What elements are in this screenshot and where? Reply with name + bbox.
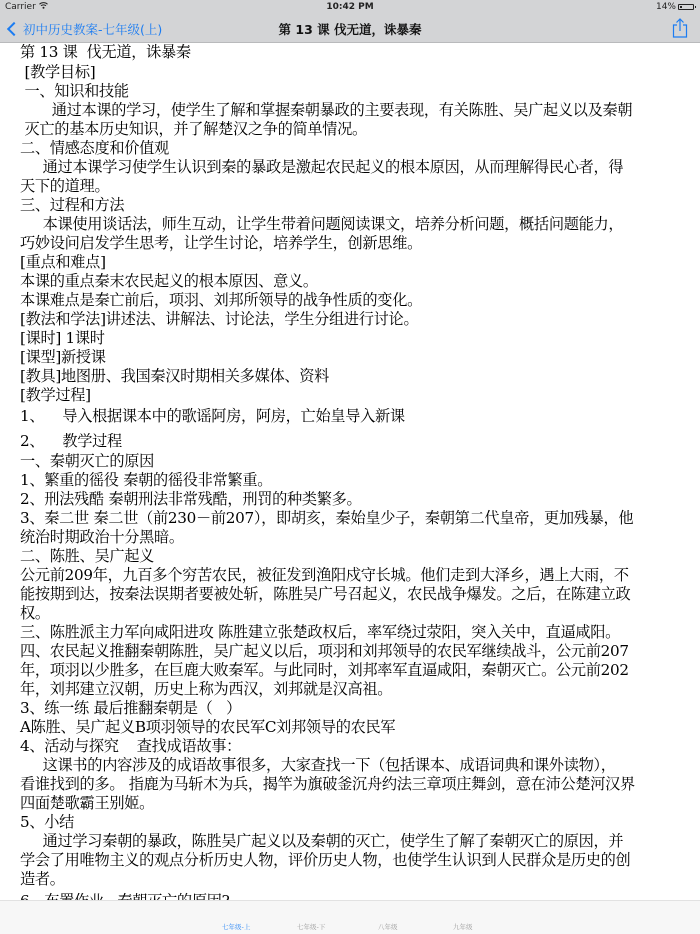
document-line: 本课的重点秦末农民起义的根本原因、意义。 (20, 272, 318, 291)
page-title: 第 13 课 伐无道，诛暴秦 (0, 20, 700, 38)
document-line: 学会了用唯物主义的观点分析历史人物，评价历史人物，也使学生认识到人民群众是历史的… (20, 851, 630, 870)
document-line: 通过本课的学习，使学生了解和掌握秦朝暴政的主要表现，有关陈胜、吴广起义以及秦朝 (20, 101, 632, 120)
app-screen: Carrier 10:42 PM 14% 初中历史教案-七年级(上) 第 13 … (0, 0, 700, 934)
document-line: [教学过程] (20, 386, 91, 405)
document-line: 四面楚歌霸王别姬。 (20, 794, 154, 813)
document-line: 通过本课学习使学生认识到秦的暴政是激起农民起义的根本原因，从而理解得民心者，得 (20, 158, 623, 177)
status-bar: Carrier 10:42 PM 14% (0, 0, 700, 14)
document-line: 能按期到达，按秦法误期者要被处斩，陈胜吴广号召起义，农民战争爆发。之后，在陈建立… (20, 585, 630, 604)
document-line: [重点和难点] (20, 253, 106, 272)
tab-grade9[interactable]: 九年级 (453, 922, 473, 931)
document-line: 3、秦二世 秦二世（前230－前207），即胡亥，秦始皇少子，秦朝第二代皇帝，更… (20, 509, 633, 528)
status-right: 14% (656, 2, 694, 12)
document-line: 4、活动与探究 查找成语故事： (20, 737, 241, 756)
document-line: 统治时期政治十分黑暗。 (20, 528, 184, 547)
document-line: 看谁找到的多。 指鹿为马斩木为兵，揭竿为旗破釜沉舟约法三章项庄舞剑，意在沛公楚河… (20, 775, 635, 794)
battery-percent: 14% (656, 2, 676, 12)
document-line: 灭亡的基本历史知识，并了解楚汉之争的简单情况。 (20, 120, 367, 139)
battery-icon (678, 4, 694, 10)
document-line: 3、练一练 最后推翻秦朝是（ ） (20, 699, 241, 718)
document-line: 一、知识和技能 (20, 82, 129, 101)
document-line: 本课难点是秦亡前后，项羽、刘邦所领导的战争性质的变化。 (20, 291, 422, 310)
document-line: [课时] 1课时 (20, 329, 105, 348)
share-icon (672, 18, 688, 38)
tab-grade7-lower[interactable]: 七年级-下 (297, 922, 325, 931)
share-button[interactable] (672, 18, 688, 38)
document-line: 通过学习秦朝的暴政，陈胜吴广起义以及秦朝的灭亡，使学生了解了秦朝灭亡的原因，并 (20, 832, 623, 851)
document-line: 1、繁重的徭役 秦朝的徭役非常繁重。 (20, 471, 272, 490)
document-line: 年，刘邦建立汉朝，历史上称为西汉，刘邦就是汉高祖。 (20, 680, 392, 699)
document-line: A陈胜、吴广起义B项羽领导的农民军C刘邦领导的农民军 (20, 718, 395, 737)
navigation-bar: 初中历史教案-七年级(上) 第 13 课 伐无道，诛暴秦 (0, 14, 700, 43)
document-line: 一、秦朝灭亡的原因 (20, 452, 154, 471)
document-line: 四、农民起义推翻秦朝陈胜，吴广起义以后，项羽和刘邦领导的农民军继续战斗，公元前2… (20, 642, 629, 661)
document-line: 三、陈胜派主力军向咸阳进攻 陈胜建立张楚政权后，率军绕过荥阳，突入关中，直逼咸阳… (20, 623, 620, 642)
document-line: 第 13 课 伐无道，诛暴秦 (20, 43, 191, 62)
document-line: 年，项羽以少胜多，在巨鹿大败秦军。与此同时，刘邦率军直逼咸阳，秦朝灭亡。公元前2… (20, 661, 629, 680)
document-line: [教法和学法]讲述法、讲解法、讨论法，学生分组进行讨论。 (20, 310, 418, 329)
document-line: 本课使用谈话法，师生互动，让学生带着问题阅读课文，培养分析问题，概括问题能力， (20, 215, 623, 234)
document-line: 造者。 (20, 870, 65, 889)
document-line: 1、 导入根据课本中的歌谣阿房，阿房，亡始皇导入新课 (20, 407, 405, 426)
lesson-document[interactable]: 第 13 课 伐无道，诛暴秦 [教学目标] 一、知识和技能 通过本课的学习，使学… (0, 43, 700, 906)
document-line: [课型]新授课 (20, 348, 106, 367)
document-line: 天下的道理。 (20, 177, 109, 196)
document-line: 巧妙设问启发学生思考，让学生讨论，培养学生，创新思维。 (20, 234, 422, 253)
document-line: 5、小结 (20, 813, 74, 832)
document-line: 二、情感态度和价值观 (20, 139, 169, 158)
document-line: 权。 (20, 604, 50, 623)
document-line: 2、刑法残酷 秦朝刑法非常残酷，刑罚的种类繁多。 (20, 490, 361, 509)
document-line: 公元前209年，九百多个穷苦农民，被征发到渔阳戍守长城。他们走到大泽乡，遇上大雨… (20, 566, 629, 585)
document-line: 三、过程和方法 (20, 196, 124, 215)
tab-grade8[interactable]: 八年级 (378, 922, 398, 931)
document-line: 2、 教学过程 (20, 432, 122, 451)
document-line: 二、陈胜、吴广起义 (20, 547, 154, 566)
document-line: [教学目标] (20, 63, 95, 82)
document-line: 这课书的内容涉及的成语故事很多，大家查找一下（包括课本、成语词典和课外读物）， (20, 756, 616, 775)
status-time: 10:42 PM (0, 2, 700, 12)
tab-bar: 七年级-上 七年级-下 八年级 九年级 (0, 900, 700, 934)
document-line: [教具]地图册、我国秦汉时期相关多媒体、资料 (20, 367, 329, 386)
tab-grade7-upper[interactable]: 七年级-上 (222, 922, 250, 931)
